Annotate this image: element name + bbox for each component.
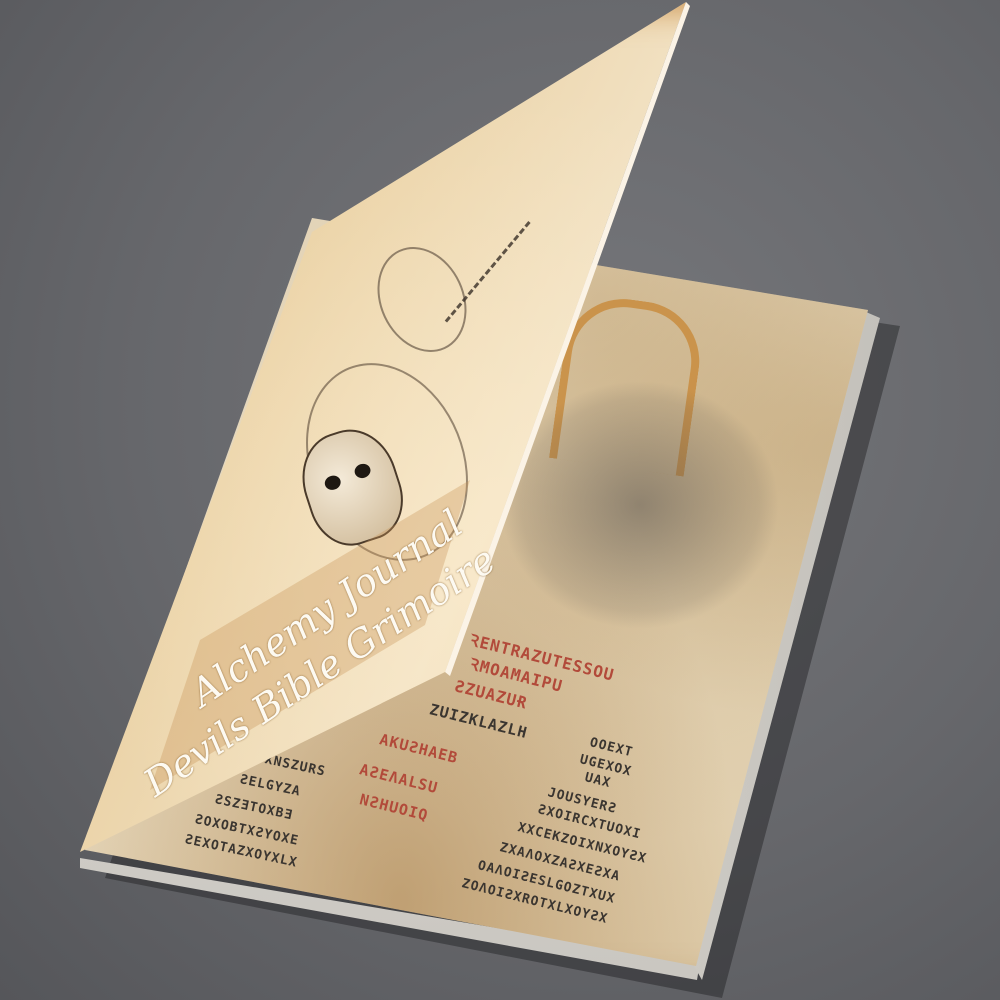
skull-eye-icon [323, 474, 343, 492]
skull-eye-icon [353, 462, 373, 480]
